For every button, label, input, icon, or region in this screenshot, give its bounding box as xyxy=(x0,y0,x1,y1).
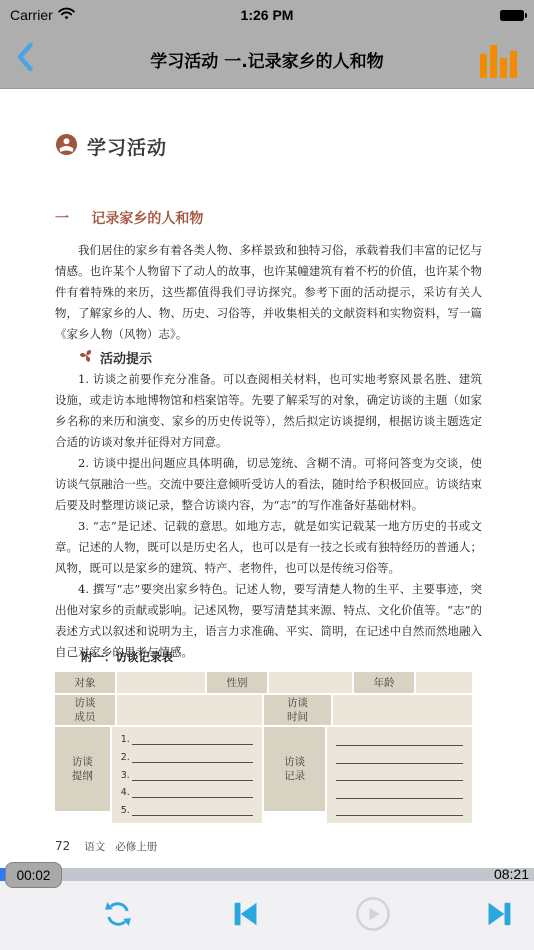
cell-age-label: 年龄 xyxy=(354,672,414,693)
cell-members-label: 访谈成员 xyxy=(55,695,115,725)
cell-record-label: 访谈记录 xyxy=(264,727,325,811)
cell-outline-lines: 1. 2. 3. 4. 5. xyxy=(112,727,262,823)
attachment-block: 附一：访谈记录表 对象 性别 年龄 访谈成员 访谈时间 访谈提纲 1. 2 xyxy=(55,649,482,854)
intro-paragraph: 我们居住的家乡有着各类人物、多样景致和独特习俗，承载着我们丰富的记忆与情感。也许… xyxy=(55,240,482,345)
wifi-icon xyxy=(58,7,75,23)
record-line xyxy=(336,767,463,781)
attachment-title: 附一：访谈记录表 xyxy=(81,649,482,665)
battery-icon xyxy=(500,10,524,21)
cell-age-blank xyxy=(416,672,472,693)
book-page[interactable]: 学习活动 一记录家乡的人和物 我们居住的家乡有着各类人物、多样景致和独特习俗，承… xyxy=(0,89,534,869)
interview-record-table: 对象 性别 年龄 访谈成员 访谈时间 访谈提纲 1. 2. 3. 4. xyxy=(55,672,472,823)
play-icon xyxy=(355,896,391,935)
previous-track-icon xyxy=(229,898,261,933)
table-row: 对象 性别 年龄 xyxy=(55,672,472,693)
total-time: 08:21 xyxy=(494,866,529,882)
reader-icon xyxy=(55,133,78,160)
cell-outline-label: 访谈提纲 xyxy=(55,727,110,811)
section-heading-text: 记录家乡的人和物 xyxy=(91,211,203,227)
tip-paragraph-1: 1. 访谈之前要作充分准备。可以查阅相关材料，也可实地考察风景名胜、建筑设施，或… xyxy=(55,369,482,453)
outline-line: 3. xyxy=(121,768,253,781)
record-line xyxy=(336,785,463,799)
outline-line: 1. xyxy=(121,732,253,745)
table-row: 访谈成员 访谈时间 xyxy=(55,695,472,725)
chapter-header: 学习活动 xyxy=(55,133,482,160)
next-track-button[interactable] xyxy=(482,898,518,934)
progress-track[interactable]: 00:02 08:21 xyxy=(0,868,534,881)
page-number: 72 xyxy=(55,839,70,853)
cell-subject-blank xyxy=(117,672,205,693)
record-line xyxy=(336,750,463,764)
chapters-button[interactable] xyxy=(476,38,520,81)
cell-gender-blank xyxy=(269,672,352,693)
record-line xyxy=(336,732,463,746)
cell-gender-label: 性别 xyxy=(207,672,267,693)
play-button[interactable] xyxy=(355,898,391,934)
back-button[interactable] xyxy=(14,39,48,79)
progress-thumb[interactable]: 00:02 xyxy=(5,862,62,888)
clock: 1:26 PM xyxy=(0,7,534,23)
cell-record-lines xyxy=(327,727,472,823)
refresh-icon xyxy=(103,899,133,932)
page-text: 学习活动 一记录家乡的人和物 我们居住的家乡有着各类人物、多样景致和独特习俗，承… xyxy=(0,89,534,695)
cell-members-blank xyxy=(117,695,262,725)
audio-player: 00:02 08:21 xyxy=(0,868,534,950)
table-row: 访谈提纲 1. 2. 3. 4. 5. 访谈记录 xyxy=(55,727,472,823)
outline-line: 4. xyxy=(121,785,253,798)
previous-track-button[interactable] xyxy=(227,898,263,934)
cell-subject-label: 对象 xyxy=(55,672,115,693)
page-footer: 72 语文 必修上册 xyxy=(55,839,482,854)
elapsed-time: 00:02 xyxy=(17,868,51,883)
tips-heading: 活动提示 xyxy=(79,348,482,367)
tip-paragraph-3: 3. “志”是记述、记载的意思。如地方志，就是如实记载某一地方历史的书或文章。记… xyxy=(55,516,482,579)
record-line xyxy=(336,802,463,816)
refresh-button[interactable] xyxy=(100,898,136,934)
book-label: 语文 xyxy=(84,839,105,854)
tips-heading-text: 活动提示 xyxy=(100,348,152,367)
pinwheel-icon xyxy=(79,348,94,367)
outline-line: 2. xyxy=(121,750,253,763)
section-heading: 一记录家乡的人和物 xyxy=(55,208,482,228)
stats-bars-icon xyxy=(480,54,487,78)
section-number: 一 xyxy=(55,211,69,227)
chapter-title: 学习活动 xyxy=(87,133,167,160)
player-controls xyxy=(0,881,534,950)
outline-line: 5. xyxy=(121,803,253,816)
cell-time-blank xyxy=(333,695,472,725)
next-track-icon xyxy=(484,898,516,933)
page-title: 学习活动 一.记录家乡的人和物 xyxy=(60,47,474,72)
navigation-bar: 学习活动 一.记录家乡的人和物 xyxy=(0,30,534,89)
status-bar: Carrier 1:26 PM xyxy=(0,0,534,30)
carrier-label: Carrier xyxy=(10,7,53,23)
cell-time-label: 访谈时间 xyxy=(264,695,331,725)
tip-paragraph-2: 2. 访谈中提出问题应具体明确，切忌笼统、含糊不清。可将问答变为交谈，使访谈气氛… xyxy=(55,453,482,516)
chevron-left-icon xyxy=(14,41,36,78)
volume-label: 必修上册 xyxy=(115,839,157,854)
